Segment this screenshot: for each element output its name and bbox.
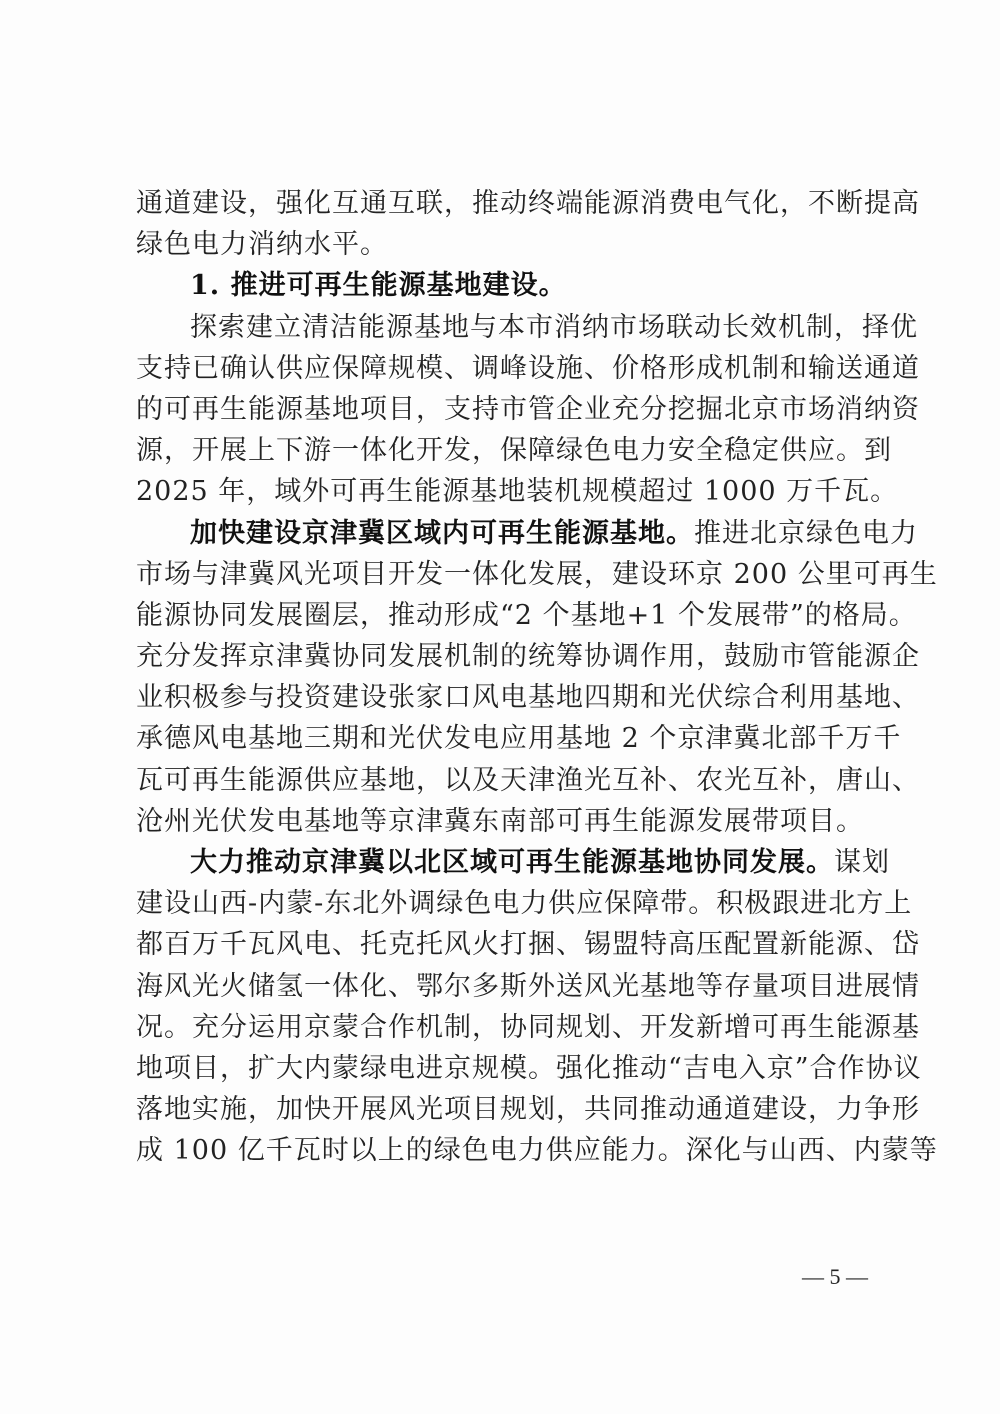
text-line: 建设山西-内蒙-东北外调绿色电力供应保障带。积极跟进北方上 — [136, 883, 880, 924]
text-line: 承德风电基地三期和光伏发电应用基地 2 个京津冀北部千万千 — [136, 718, 880, 759]
text-line: 支持已确认供应保障规模、调峰设施、价格形成机制和输送通道 — [136, 348, 880, 389]
text-line: 绿色电力消纳水平。 — [136, 224, 880, 265]
paragraph-lead-line: 加快建设京津冀区域内可再生能源基地。推进北京绿色电力 — [136, 513, 880, 554]
text-line: 市场与津冀风光项目开发一体化发展，建设环京 200 公里可再生 — [136, 554, 880, 595]
text-line: 海风光火储氢一体化、鄂尔多斯外送风光基地等存量项目进展情 — [136, 966, 880, 1007]
text-line: 瓦可再生能源供应基地，以及天津渔光互补、农光互补，唐山、 — [136, 760, 880, 801]
lead-rest: 谋划 — [834, 847, 890, 878]
bold-lead: 大力推动京津冀以北区域可再生能源基地协同发展。 — [190, 847, 834, 878]
text-line: 源，开展上下游一体化开发，保障绿色电力安全稳定供应。到 — [136, 430, 880, 471]
text-line: 充分发挥京津冀协同发展机制的统筹协调作用，鼓励市管能源企 — [136, 636, 880, 677]
bold-lead: 加快建设京津冀区域内可再生能源基地。 — [190, 518, 694, 549]
text-line: 探索建立清洁能源基地与本市消纳市场联动长效机制，择优 — [136, 307, 880, 348]
text-line: 通道建设，强化互通互联，推动终端能源消费电气化，不断提高 — [136, 183, 880, 224]
lead-rest: 推进北京绿色电力 — [694, 518, 918, 549]
text-line: 落地实施，加快开展风光项目规划，共同推动通道建设，力争形 — [136, 1089, 880, 1130]
text-line: 地项目，扩大内蒙绿电进京规模。强化推动“吉电入京”合作协议 — [136, 1048, 880, 1089]
text-line: 的可再生能源基地项目，支持市管企业充分挖掘北京市场消纳资 — [136, 389, 880, 430]
section-heading: 1. 推进可再生能源基地建设。 — [136, 265, 880, 306]
text-line: 业积极参与投资建设张家口风电基地四期和光伏综合利用基地、 — [136, 677, 880, 718]
page-number: — 5 — — [790, 1262, 880, 1292]
text-line: 都百万千瓦风电、托克托风火打捆、锡盟特高压配置新能源、岱 — [136, 924, 880, 965]
body-text: 通道建设，强化互通互联，推动终端能源消费电气化，不断提高 绿色电力消纳水平。 1… — [136, 183, 880, 1172]
text-line: 成 100 亿千瓦时以上的绿色电力供应能力。深化与山西、内蒙等 — [136, 1130, 880, 1171]
document-page: 通道建设，强化互通互联，推动终端能源消费电气化，不断提高 绿色电力消纳水平。 1… — [0, 0, 1000, 1414]
text-line: 况。充分运用京蒙合作机制，协同规划、开发新增可再生能源基 — [136, 1007, 880, 1048]
paragraph-lead-line: 大力推动京津冀以北区域可再生能源基地协同发展。谋划 — [136, 842, 880, 883]
text-line: 能源协同发展圈层，推动形成“2 个基地+1 个发展带”的格局。 — [136, 595, 880, 636]
text-line: 沧州光伏发电基地等京津冀东南部可再生能源发展带项目。 — [136, 801, 880, 842]
text-line: 2025 年，域外可再生能源基地装机规模超过 1000 万千瓦。 — [136, 471, 880, 512]
